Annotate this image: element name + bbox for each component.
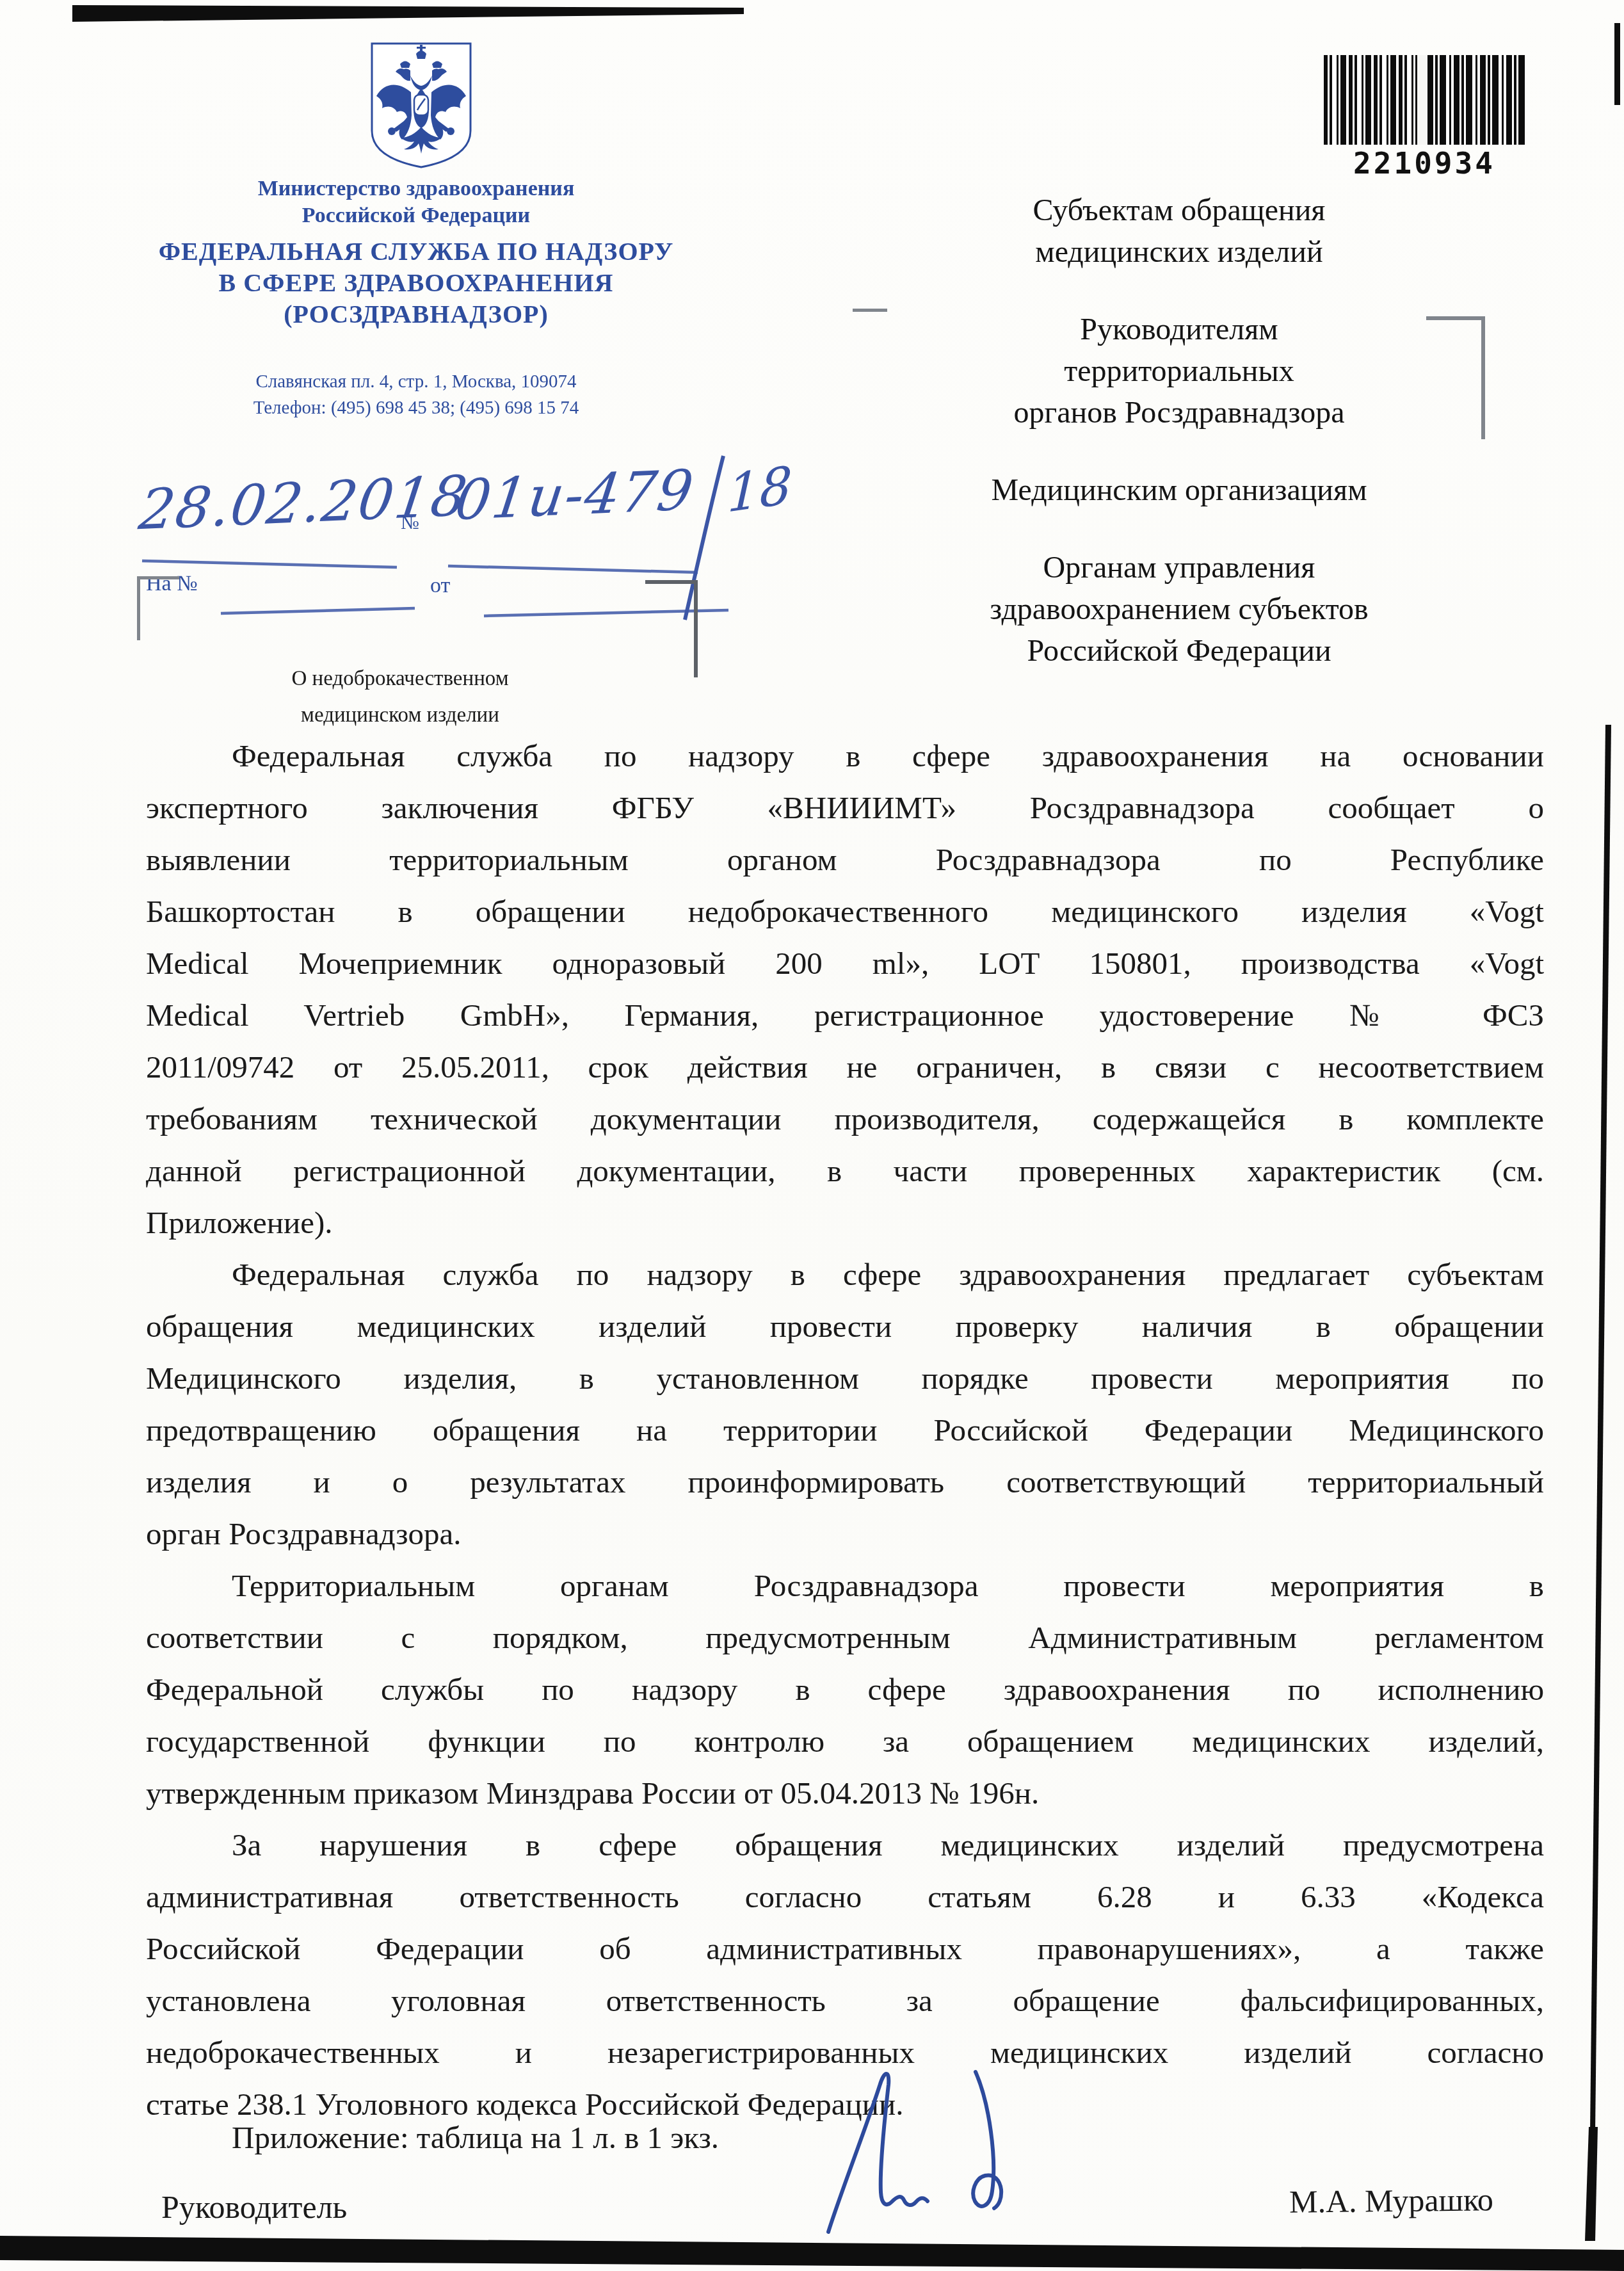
recipient-line: органов Росздравнадзора <box>891 392 1467 433</box>
body-text: Федеральная служба по надзору в сфере зд… <box>146 730 1544 2130</box>
scan-artifact-right-line <box>1590 725 1611 2132</box>
barcode-icon <box>1324 55 1525 145</box>
paragraph-line: административная ответственность согласн… <box>146 1871 1544 1923</box>
paragraph-line: Российской Федерации об административных… <box>146 1923 1544 1975</box>
recipient-line: Медицинским организациям <box>891 469 1467 511</box>
paragraph: Федеральная служба по надзору в сфере зд… <box>146 730 1544 1249</box>
letterhead-phone: Телефон: (495) 698 45 38; (495) 698 15 7… <box>122 395 711 421</box>
paragraph-line: соответствии с порядком, предусмотренным… <box>146 1612 1544 1663</box>
service-title: ФЕДЕРАЛЬНАЯ СЛУЖБА ПО НАДЗОРУ В СФЕРЕ ЗД… <box>122 236 711 330</box>
paragraph-line: утвержденным приказом Минздрава России о… <box>146 1767 1544 1819</box>
paragraph-line: предотвращению обращения на территории Р… <box>146 1404 1544 1456</box>
recipient-line: Российской Федерации <box>891 630 1467 672</box>
barcode-number: 2210934 <box>1324 146 1525 181</box>
ministry-line1: Министерство здравоохранения <box>122 175 711 202</box>
subject-line1: О недоброкачественном <box>211 661 589 697</box>
recipient-line: Субъектам обращения <box>891 190 1467 231</box>
paragraph-line: Федеральная служба по надзору в сфере зд… <box>146 1249 1544 1300</box>
recipient-line: здравоохранением субъектов <box>891 588 1467 630</box>
corner-mark <box>137 576 179 579</box>
barcode-bars-left <box>1324 55 1417 145</box>
paragraph-line: За нарушения в сфере обращения медицинск… <box>146 1819 1544 1871</box>
subject-line: О недоброкачественном медицинском издели… <box>211 661 589 734</box>
corner-mark <box>645 580 698 584</box>
signer-name: М.А. Мурашко <box>1289 2181 1493 2220</box>
handwritten-date: 28.02.2018 <box>136 464 472 542</box>
paragraph-line: изделия и о результатах проинформировать… <box>146 1456 1544 1508</box>
paragraph-line: 2011/09742 от 25.05.2011, срок действия … <box>146 1041 1544 1093</box>
recipient-line: Руководителям <box>891 309 1467 350</box>
paragraph: Федеральная служба по надзору в сфере зд… <box>146 1249 1544 1560</box>
paragraph-line: государственной функции по контролю за о… <box>146 1715 1544 1767</box>
paragraph-line: Медицинского изделия, в установленном по… <box>146 1352 1544 1404</box>
corner-mark <box>853 309 887 312</box>
signer-position: Руководитель <box>161 2188 347 2226</box>
subject-line2: медицинском изделии <box>211 697 589 734</box>
ministry-line2: Российской Федерации <box>122 202 711 229</box>
reply-to-number-label: На № <box>146 572 198 596</box>
recipient-block: Медицинским организациям <box>891 469 1467 511</box>
signature-icon <box>808 2064 1083 2243</box>
reply-from-label: от <box>430 574 450 598</box>
paragraph-line: орган Росздравнадзора. <box>146 1508 1544 1560</box>
coat-of-arms-icon <box>367 41 476 170</box>
paragraph-line: Башкортостан в обращении недоброкачестве… <box>146 885 1544 937</box>
service-line2: В СФЕРЕ ЗДРАВООХРАНЕНИЯ <box>122 267 711 298</box>
service-line3: (РОСЗДРАВНАДЗОР) <box>122 298 711 330</box>
corner-mark <box>1481 316 1485 439</box>
paragraph-line: Федеральная служба по надзору в сфере зд… <box>146 730 1544 782</box>
recipient-line: Органам управления <box>891 547 1467 588</box>
recipient-block: Органам управленияздравоохранением субъе… <box>891 547 1467 672</box>
paragraph-line: Федеральной службы по надзору в сфере зд… <box>146 1663 1544 1715</box>
recipient-block: Руководителямтерриториальныхорганов Росз… <box>891 309 1467 433</box>
paragraph-line: установлена уголовная ответственность за… <box>146 1975 1544 2026</box>
paragraph-line: Medical Мочеприемник одноразовый 200 ml»… <box>146 937 1544 989</box>
corner-mark <box>137 576 140 640</box>
paragraph-line: выявлении территориальным органом Росздр… <box>146 834 1544 885</box>
recipient-block: Субъектам обращениямедицинских изделий <box>891 190 1467 273</box>
paragraph-line: данной регистрационной документации, в ч… <box>146 1145 1544 1197</box>
barcode-block: 2210934 <box>1324 55 1525 181</box>
paragraph-line: Medical Vertrieb GmbH», Германия, регист… <box>146 989 1544 1041</box>
letterhead-contacts: Славянская пл. 4, стр. 1, Москва, 109074… <box>122 369 711 421</box>
paragraph-line: требованиям технической документации про… <box>146 1093 1544 1145</box>
paragraph-line: экспертного заключения ФГБУ «ВНИИИМТ» Ро… <box>146 782 1544 834</box>
handwritten-outgoing-number: 01и-479 <box>452 458 698 533</box>
scanned-letter-page: Министерство здравоохранения Российской … <box>0 0 1624 2271</box>
scan-artifact-right-tick <box>1614 23 1620 105</box>
corner-mark <box>694 580 698 677</box>
paragraph: Территориальным органам Росздравнадзора … <box>146 1560 1544 1819</box>
recipient-line: территориальных <box>891 350 1467 392</box>
ministry-title: Министерство здравоохранения Российской … <box>122 175 711 229</box>
paragraph-line: Территориальным органам Росздравнадзора … <box>146 1560 1544 1612</box>
paragraph-line: Приложение). <box>146 1197 1544 1249</box>
letterhead-address: Славянская пл. 4, стр. 1, Москва, 109074 <box>122 369 711 395</box>
barcode-bars-right <box>1427 55 1525 145</box>
recipients-list: Субъектам обращениямедицинских изделийРу… <box>891 190 1467 707</box>
service-line1: ФЕДЕРАЛЬНАЯ СЛУЖБА ПО НАДЗОРУ <box>122 236 711 267</box>
paragraph-line: обращения медицинских изделий провести п… <box>146 1300 1544 1352</box>
scan-artifact-right-line-bottom <box>1585 2127 1598 2241</box>
number-sign: № <box>401 512 419 534</box>
recipient-line: медицинских изделий <box>891 231 1467 273</box>
scan-artifact-top-bar <box>72 5 744 22</box>
handwritten-year-suffix: 18 <box>727 455 793 524</box>
barcode-gap <box>1417 55 1427 145</box>
